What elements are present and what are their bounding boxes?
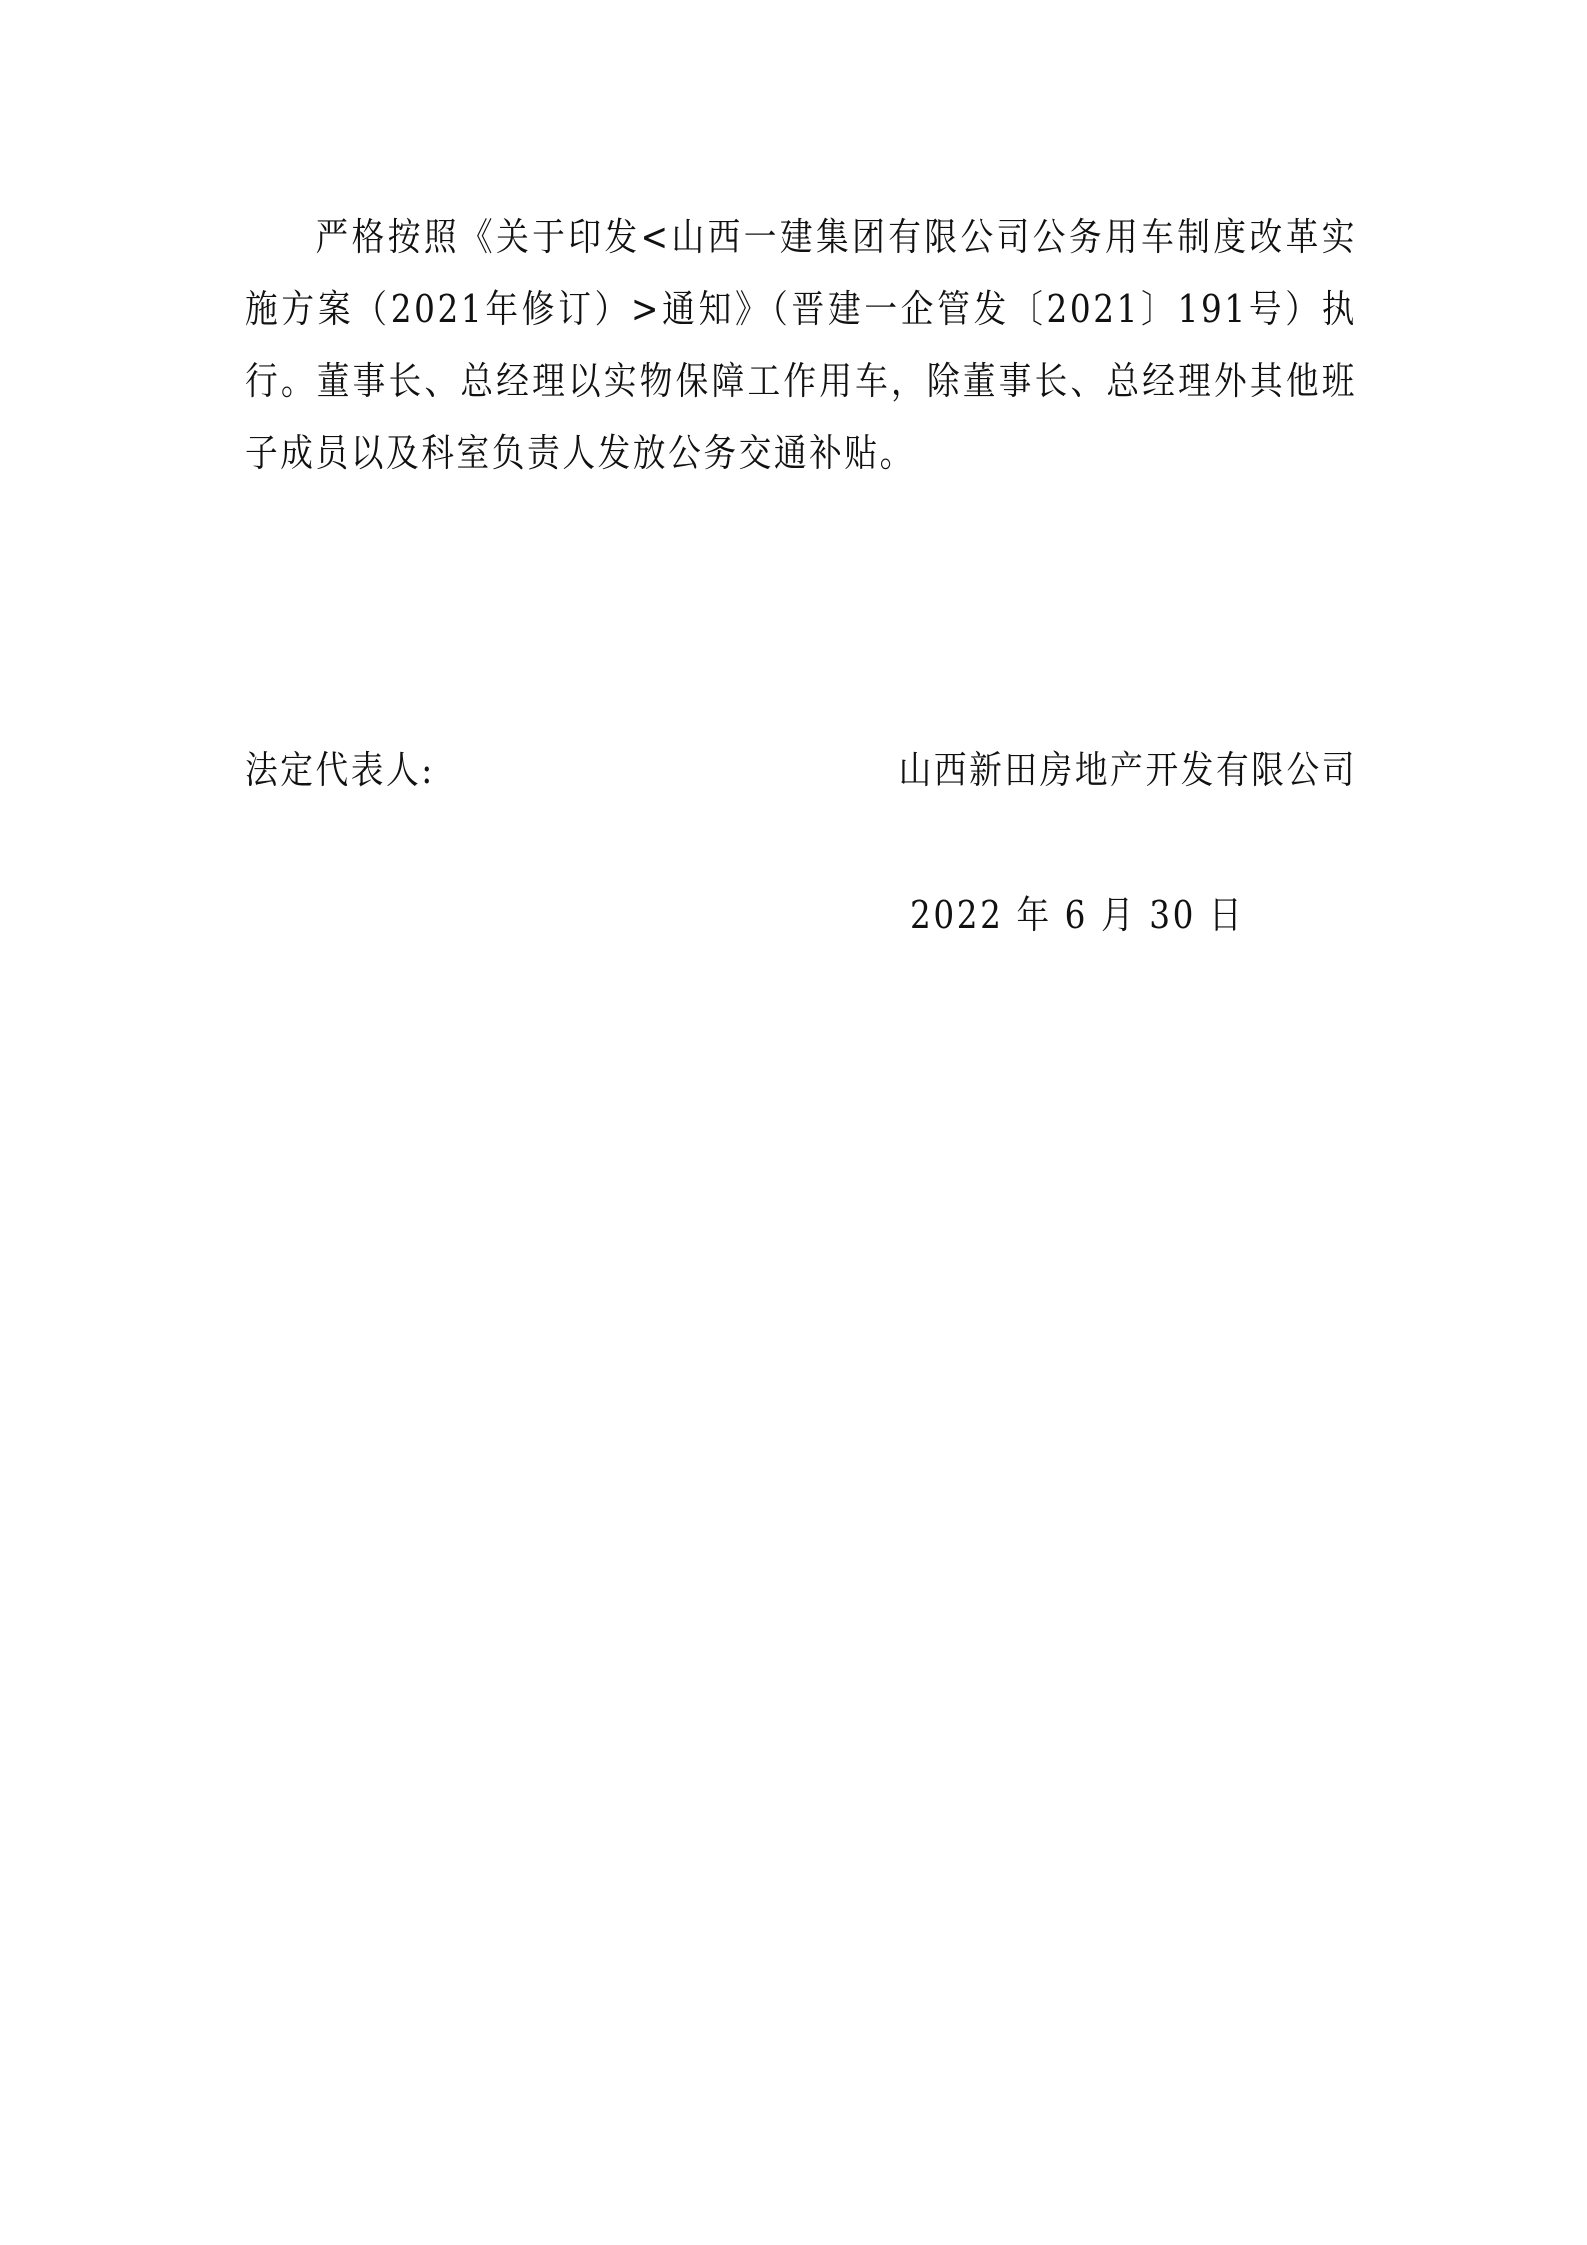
body-paragraph: 严格按照《关于印发<山西一建集团有限公司公务用车制度改革实施方案（2021年修订… xyxy=(245,201,1357,489)
company-name: 山西新田房地产开发有限公司 xyxy=(899,734,1357,806)
document-page: 严格按照《关于印发<山西一建集团有限公司公务用车制度改革实施方案（2021年修订… xyxy=(0,0,1587,2245)
signature-row: 法定代表人: 山西新田房地产开发有限公司 xyxy=(245,734,1357,806)
legal-representative-label: 法定代表人: xyxy=(245,734,435,806)
document-date: 2022 年 6 月 30 日 xyxy=(910,879,1244,951)
